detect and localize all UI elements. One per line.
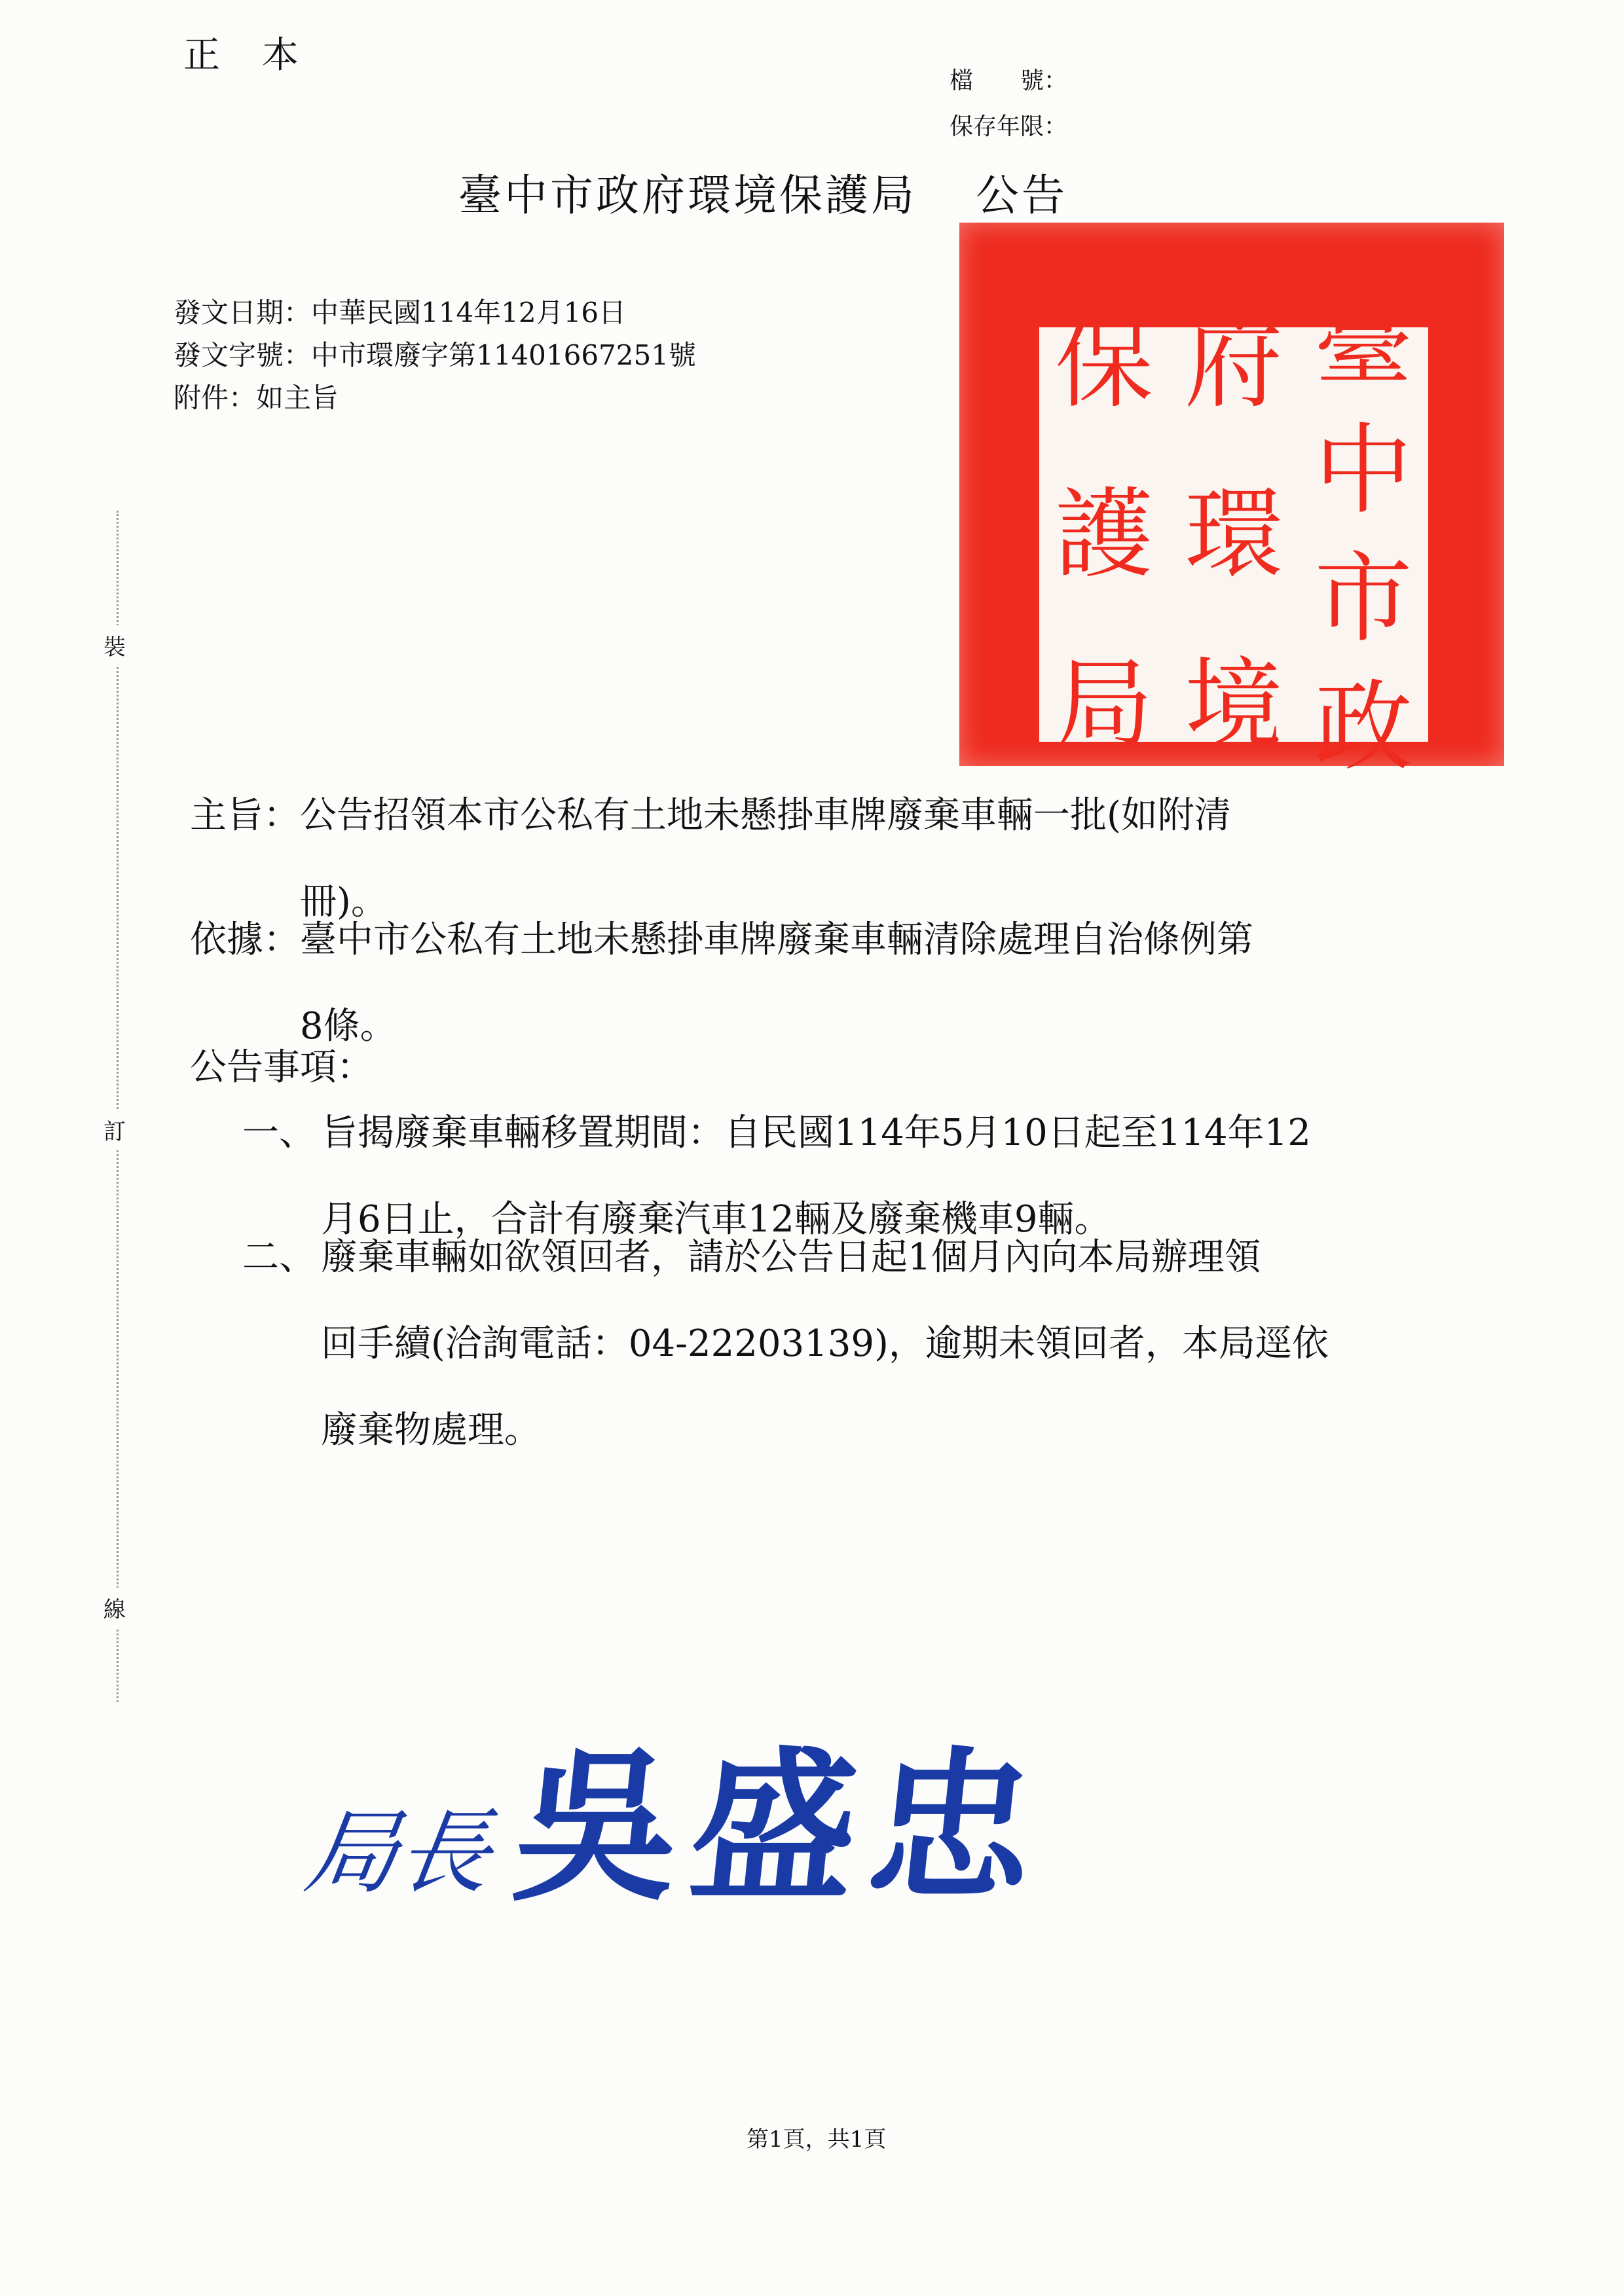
issue-number: 發文字號：中市環廢字第11401667251號 (174, 334, 696, 373)
director-signature-stamp: 局長吳盛忠 (308, 1696, 1048, 1931)
binding-mark-xian: 線 (103, 1588, 126, 1628)
announcement-items-label: 公告事項： (190, 1048, 373, 1088)
seal-column-2: 府 環 境 (1185, 280, 1283, 790)
copy-mark: 正本 (183, 26, 341, 79)
official-seal: 臺 中 市 政 府 環 境 保 護 局 (959, 223, 1504, 766)
issuing-agency: 臺中市政府環境保護局 (458, 170, 917, 221)
announcement-item-2: 二、 廢棄車輛如欲領回者，請於公告日起1個月內向本局辦理領 回手續(洽詢電話：0… (242, 1237, 1559, 1497)
binding-mark-ding: 訂 (103, 1110, 126, 1150)
attachment: 附件：如主旨 (174, 376, 339, 416)
document-type: 公告 (976, 170, 1067, 221)
basis-text: 臺中市公私有土地未懸掛車牌廢棄車輛清除處理自治條例第 8條。 (300, 920, 1590, 1093)
signature-title: 局長 (299, 1779, 500, 1911)
binding-mark-zhuang: 裝 (103, 625, 126, 665)
binding-line (117, 511, 119, 1702)
file-number-label: 檔 號： (950, 62, 1067, 96)
signature-name: 吳盛忠 (505, 1696, 1060, 1931)
issue-date: 發文日期：中華民國114年12月16日 (174, 291, 626, 331)
page-indicator: 第1頁，共1頁 (747, 2121, 886, 2153)
basis-section: 依據： 臺中市公私有土地未懸掛車牌廢棄車輛清除處理自治條例第 8條。 (190, 920, 1590, 1093)
seal-inner-field: 臺 中 市 政 府 環 境 保 護 局 (1039, 327, 1428, 742)
document-title: 臺中市政府環境保護局公告 (458, 160, 1067, 223)
seal-column-1: 臺 中 市 政 (1314, 278, 1412, 792)
item-number: 二、 (242, 1237, 321, 1497)
retention-period-label: 保存年限： (950, 108, 1067, 141)
seal-column-3: 保 護 局 (1055, 280, 1153, 790)
